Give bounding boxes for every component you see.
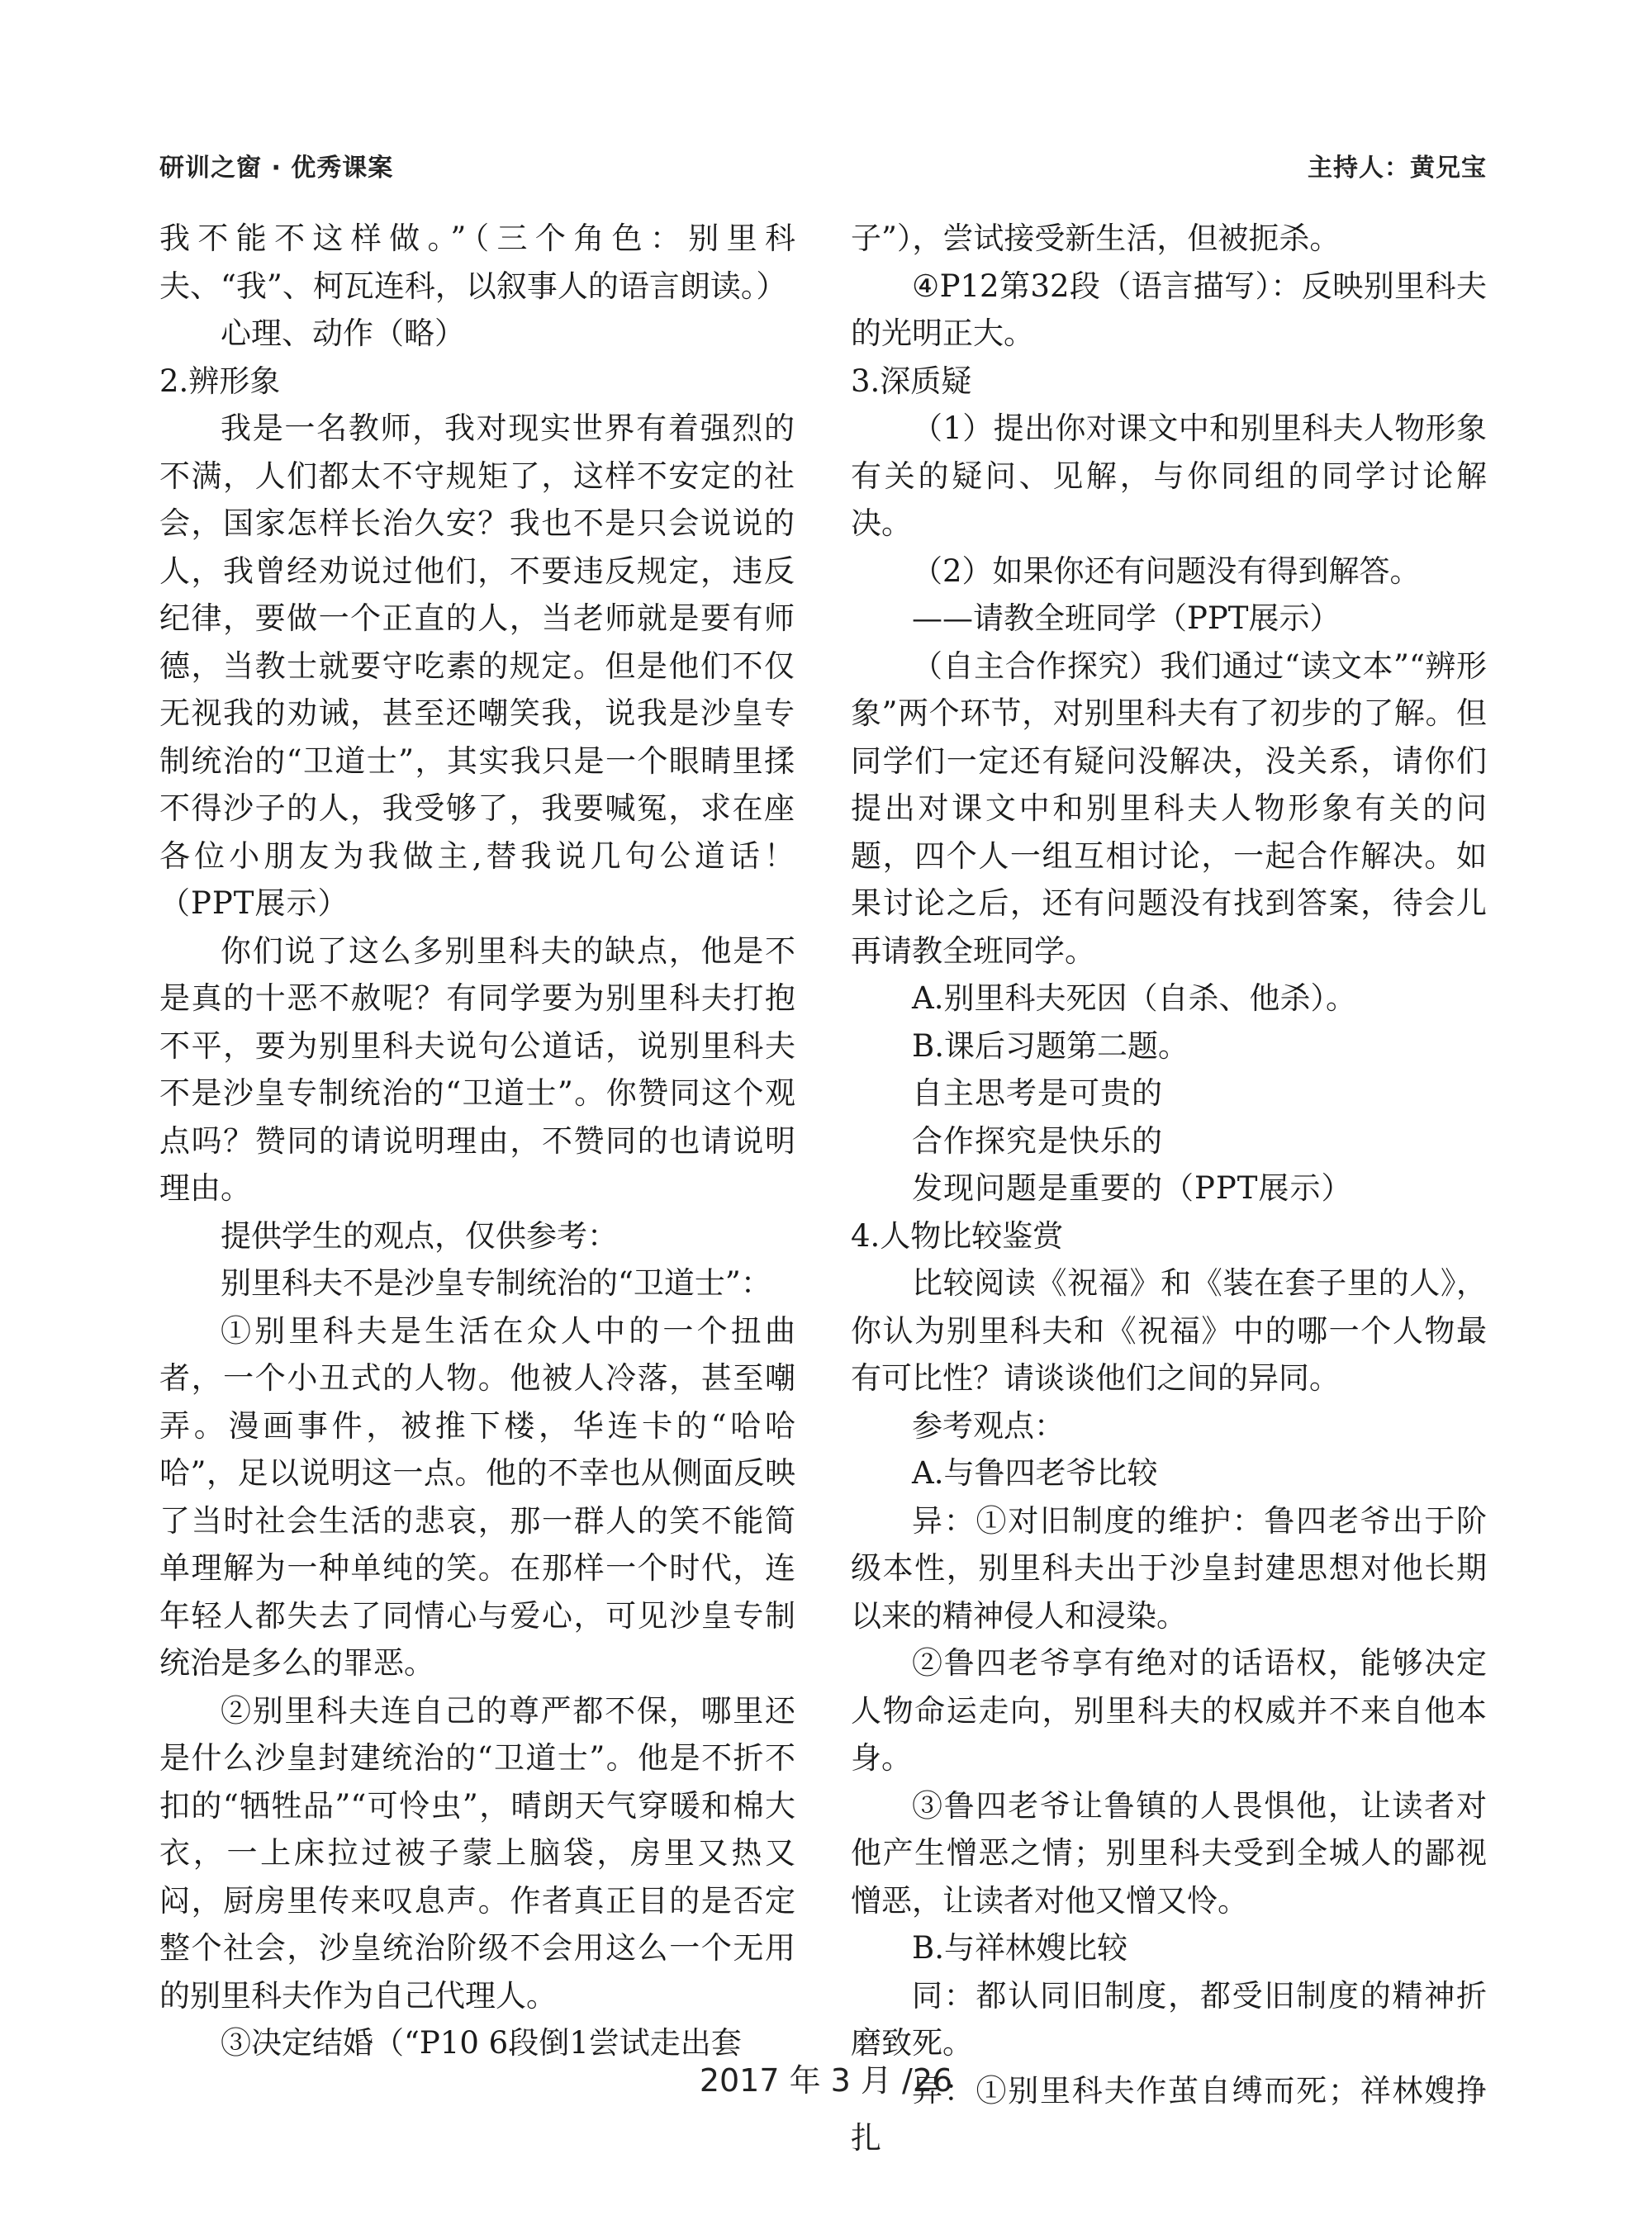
paragraph: A.与鲁四老爷比较 — [851, 1449, 1487, 1497]
paragraph: （自主合作探究）我们通过“读文本”“辨形象”两个环节，对别里科夫有了初步的了解。… — [851, 643, 1487, 975]
paragraph: （2）如果你还有问题没有得到解答。 — [851, 548, 1487, 595]
paragraph: 子”），尝试接受新生活，但被扼杀。 — [851, 215, 1487, 263]
paragraph: 你们说了这么多别里科夫的缺点，他是不是真的十恶不赦呢？有同学要为别里科夫打抱不平… — [159, 927, 795, 1212]
paragraph: 我不能不这样做。”（三个角色：别里科夫、“我”、柯瓦连科，以叙事人的语言朗读。） — [159, 215, 795, 310]
right-column: 子”），尝试接受新生活，但被扼杀。④P12第32段（语言描写）：反映别里科夫的光… — [851, 215, 1487, 2162]
paragraph: 我是一名教师，我对现实世界有着强烈的不满，人们都太不守规矩了，这样不安定的社会，… — [159, 405, 795, 927]
paragraph: 合作探究是快乐的 — [851, 1117, 1487, 1165]
section-title: 研训之窗 · 优秀课案 — [159, 147, 393, 183]
paragraph: 异：①对旧制度的维护：鲁四老爷出于阶级本性，别里科夫出于沙皇封建思想对他长期以来… — [851, 1497, 1487, 1640]
paragraph: B.课后习题第二题。 — [851, 1022, 1487, 1070]
paragraph: 发现问题是重要的（PPT展示） — [851, 1165, 1487, 1212]
paragraph: 同：都认同旧制度，都受旧制度的精神折磨致死。 — [851, 1972, 1487, 2067]
paragraph: A.别里科夫死因（自杀、他杀）。 — [851, 975, 1487, 1022]
paragraph: （1）提出你对课文中和别里科夫人物形象有关的疑问、见解，与你同组的同学讨论解决。 — [851, 405, 1487, 548]
section-heading: 2.辨形象 — [159, 358, 795, 406]
paragraph: ——请教全班同学（PPT展示） — [851, 595, 1487, 643]
paragraph: 自主思考是可贵的 — [851, 1070, 1487, 1117]
section-heading: 3.深质疑 — [851, 358, 1487, 406]
section-heading: 4.人物比较鉴赏 — [851, 1212, 1487, 1260]
paragraph: ③鲁四老爷让鲁镇的人畏惧他，让读者对他产生憎恶之情；别里科夫受到全城人的鄙视憎恶… — [851, 1782, 1487, 1925]
paragraph: 别里科夫不是沙皇专制统治的“卫道士”： — [159, 1260, 795, 1307]
paragraph: 提供学生的观点，仅供参考： — [159, 1212, 795, 1260]
paragraph: ②鲁四老爷享有绝对的话语权，能够决定人物命运走向，别里科夫的权威并不来自他本身。 — [851, 1639, 1487, 1782]
host-label: 主持人：黄兄宝 — [1308, 147, 1487, 183]
paragraph: B.与祥林嫂比较 — [851, 1924, 1487, 1972]
paragraph: 心理、动作（略） — [159, 310, 795, 358]
page-footer: 2017 年 3 月 /26 — [0, 2055, 1652, 2100]
paragraph: 比较阅读《祝福》和《装在套子里的人》，你认为别里科夫和《祝福》中的哪一个人物最有… — [851, 1260, 1487, 1402]
paragraph: ④P12第32段（语言描写）：反映别里科夫的光明正大。 — [851, 263, 1487, 358]
paragraph: 参考观点： — [851, 1402, 1487, 1450]
left-column: 我不能不这样做。”（三个角色：别里科夫、“我”、柯瓦连科，以叙事人的语言朗读。）… — [159, 215, 795, 2067]
paragraph: ①别里科夫是生活在众人中的一个扭曲者，一个小丑式的人物。他被人冷落，甚至嘲弄。漫… — [159, 1307, 795, 1687]
paragraph: ②别里科夫连自己的尊严都不保，哪里还是什么沙皇封建统治的“卫道士”。他是不折不扣… — [159, 1687, 795, 2020]
